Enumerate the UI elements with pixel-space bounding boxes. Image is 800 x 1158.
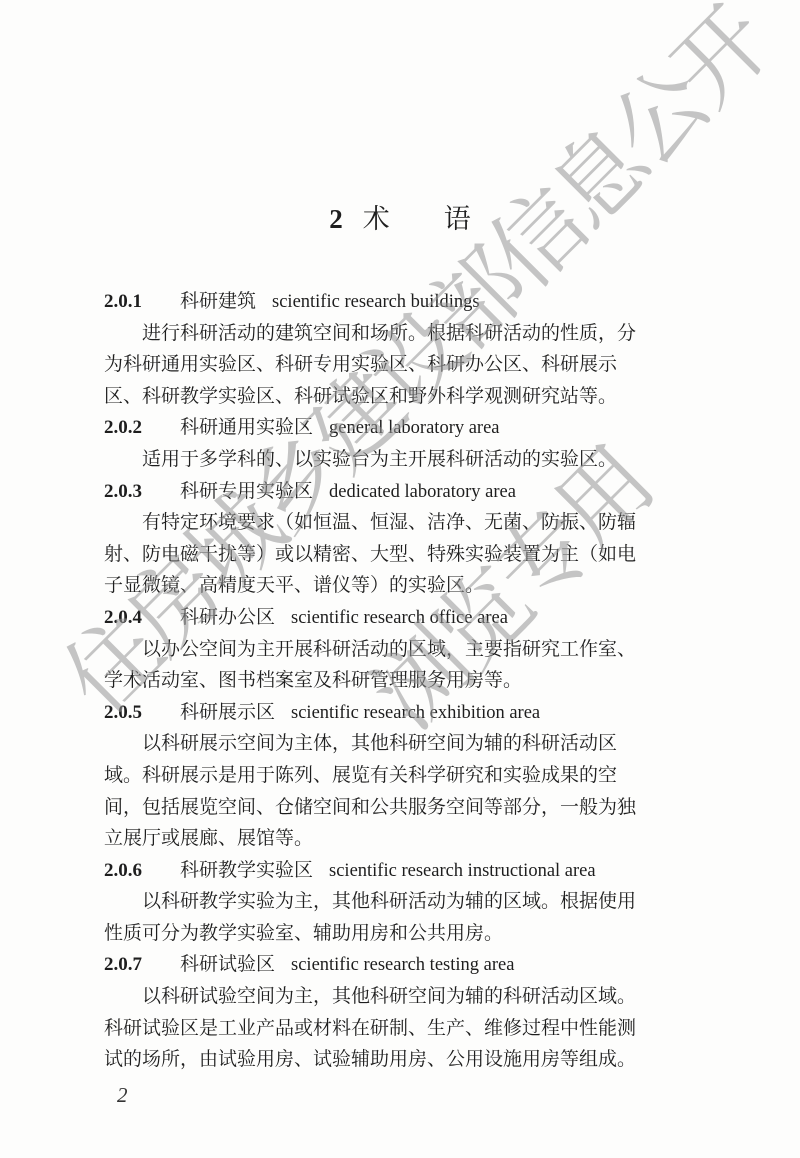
term-chinese: 科研办公区 [180,602,275,634]
term-chinese: 科研试验区 [180,949,275,981]
term-english: general laboratory area [329,418,500,438]
term-2-0-6: 2.0.6科研教学实验区scientific research instruct… [104,855,696,950]
term-definition-line: 试的场所，由试验用房、试验辅助用房、公用设施用房等组成。 [104,1044,696,1076]
document-page: 2术语 2.0.1科研建筑scientific research buildin… [0,0,800,1158]
term-heading: 2.0.3科研专用实验区dedicated laboratory area [104,476,696,508]
term-definition-line: 学术活动室、图书档案室及科研管理服务用房等。 [104,665,696,697]
terms-list: 2.0.1科研建筑scientific research buildings 进… [104,286,696,1076]
term-definition-line: 射、防电磁干扰等）或以精密、大型、特殊实验装置为主（如电 [104,539,696,571]
term-definition-line: 有特定环境要求（如恒温、恒湿、洁净、无菌、防振、防辐 [104,507,696,539]
term-definition-line: 域。科研展示是用于陈列、展览有关科学研究和实验成果的空 [104,760,696,792]
term-number: 2.0.5 [104,697,180,729]
chapter-title-char-2: 语 [444,204,471,235]
term-definition-line: 以办公空间为主开展科研活动的区域，主要指研究工作室、 [104,634,696,666]
term-definition-line: 进行科研活动的建筑空间和场所。根据科研活动的性质，分 [104,318,696,350]
term-2-0-2: 2.0.2科研通用实验区general laboratory area 适用于多… [104,412,696,475]
term-chinese: 科研通用实验区 [180,412,313,444]
term-number: 2.0.1 [104,286,180,318]
term-definition-line: 性质可分为教学实验室、辅助用房和公共用房。 [104,918,696,950]
term-2-0-7: 2.0.7科研试验区scientific research testing ar… [104,949,696,1075]
term-2-0-3: 2.0.3科研专用实验区dedicated laboratory area 有特… [104,476,696,602]
term-definition-line: 以科研展示空间为主体，其他科研空间为辅的科研活动区 [104,728,696,760]
page-number: 2 [117,1083,128,1108]
term-2-0-5: 2.0.5科研展示区scientific research exhibition… [104,697,696,855]
term-definition-line: 适用于多学科的、以实验台为主开展科研活动的实验区。 [104,444,696,476]
term-number: 2.0.7 [104,949,180,981]
term-english: scientific research exhibition area [291,703,540,723]
term-definition-line: 以科研教学实验为主，其他科研活动为辅的区域。根据使用 [104,886,696,918]
term-heading: 2.0.7科研试验区scientific research testing ar… [104,949,696,981]
term-definition-line: 科研试验区是工业产品或材料在研制、生产、维修过程中性能测 [104,1013,696,1045]
chapter-title: 2术语 [0,197,800,236]
term-chinese: 科研展示区 [180,697,275,729]
term-english: scientific research testing area [291,955,514,975]
term-2-0-1: 2.0.1科研建筑scientific research buildings 进… [104,286,696,412]
term-definition-line: 以科研试验空间为主，其他科研空间为辅的科研活动区域。 [104,981,696,1013]
term-chinese: 科研专用实验区 [180,476,313,508]
term-2-0-4: 2.0.4科研办公区scientific research office are… [104,602,696,697]
term-heading: 2.0.1科研建筑scientific research buildings [104,286,696,318]
term-english: scientific research instructional area [329,861,596,881]
term-number: 2.0.3 [104,476,180,508]
term-english: scientific research office area [291,608,508,628]
term-heading: 2.0.6科研教学实验区scientific research instruct… [104,855,696,887]
term-heading: 2.0.4科研办公区scientific research office are… [104,602,696,634]
term-definition-line: 间，包括展览空间、仓储空间和公共服务空间等部分，一般为独 [104,792,696,824]
term-number: 2.0.6 [104,855,180,887]
chapter-number: 2 [329,204,343,234]
term-chinese: 科研建筑 [180,286,256,318]
term-definition-line: 区、科研教学实验区、科研试验区和野外科学观测研究站等。 [104,381,696,413]
chapter-title-char-1: 术 [363,204,390,235]
term-heading: 2.0.5科研展示区scientific research exhibition… [104,697,696,729]
term-heading: 2.0.2科研通用实验区general laboratory area [104,412,696,444]
term-definition-line: 子显微镜、高精度天平、谱仪等）的实验区。 [104,570,696,602]
term-definition-line: 立展厅或展廊、展馆等。 [104,823,696,855]
term-number: 2.0.2 [104,412,180,444]
term-english: scientific research buildings [272,292,480,312]
term-number: 2.0.4 [104,602,180,634]
term-definition-line: 为科研通用实验区、科研专用实验区、科研办公区、科研展示 [104,349,696,381]
term-english: dedicated laboratory area [329,482,516,502]
term-chinese: 科研教学实验区 [180,855,313,887]
